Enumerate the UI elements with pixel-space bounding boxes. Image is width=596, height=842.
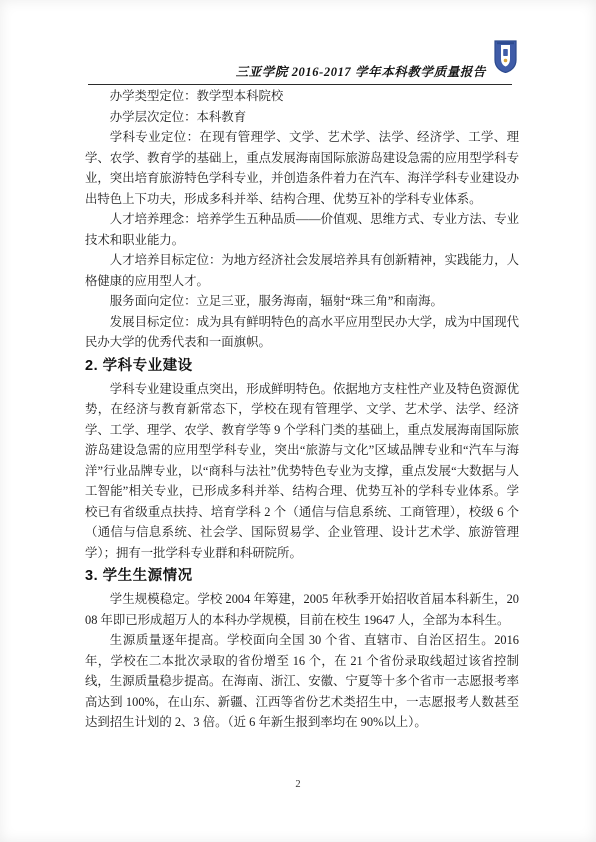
paragraph-service-orientation: 服务面向定位：立足三亚，服务海南，辐射“珠三角”和南海。 [85, 291, 519, 312]
paragraph-training-goal: 人才培养目标定位：为地方经济社会发展培养具有创新精神，实践能力，人格健康的应用型… [85, 250, 519, 291]
paragraph-school-level: 办学层次定位：本科教育 [85, 107, 519, 128]
paragraph-discipline-construction: 学科专业建设重点突出，形成鲜明特色。依据地方支柱性产业及特色资源优势，在经济与教… [85, 379, 519, 564]
page-header: 三亚学院 2016-2017 学年本科教学质量报告 [88, 46, 512, 85]
paragraph-school-type: 办学类型定位：教学型本科院校 [85, 86, 519, 107]
header-title: 三亚学院 2016-2017 学年本科教学质量报告 [236, 62, 486, 80]
paragraph-student-scale: 学生规模稳定。学校 2004 年筹建，2005 年秋季开始招收首届本科新生，20… [85, 589, 519, 630]
section-heading-discipline-construction: 2. 学科专业建设 [85, 357, 519, 376]
report-page: 三亚学院 2016-2017 学年本科教学质量报告 办学类型定位：教学型本科院校… [0, 0, 596, 842]
paragraph-training-philosophy: 人才培养理念：培养学生五种品质——价值观、思维方式、专业方法、专业技术和职业能力… [85, 209, 519, 250]
paragraph-development-goal: 发展目标定位：成为具有鲜明特色的高水平应用型民办大学，成为中国现代民办大学的优秀… [85, 312, 519, 353]
document-body: 办学类型定位：教学型本科院校 办学层次定位：本科教育 学科专业定位：在现有管理学… [85, 86, 519, 733]
university-crest-icon [493, 40, 518, 73]
section-heading-student-source: 3. 学生生源情况 [85, 567, 519, 586]
paragraph-discipline-positioning: 学科专业定位：在现有管理学、文学、艺术学、法学、经济学、工学、理学、农学、教育学… [85, 127, 519, 209]
page-number: 2 [0, 779, 596, 790]
paragraph-student-quality: 生源质量逐年提高。学校面向全国 30 个省、直辖市、自治区招生。2016 年，学… [85, 630, 519, 733]
